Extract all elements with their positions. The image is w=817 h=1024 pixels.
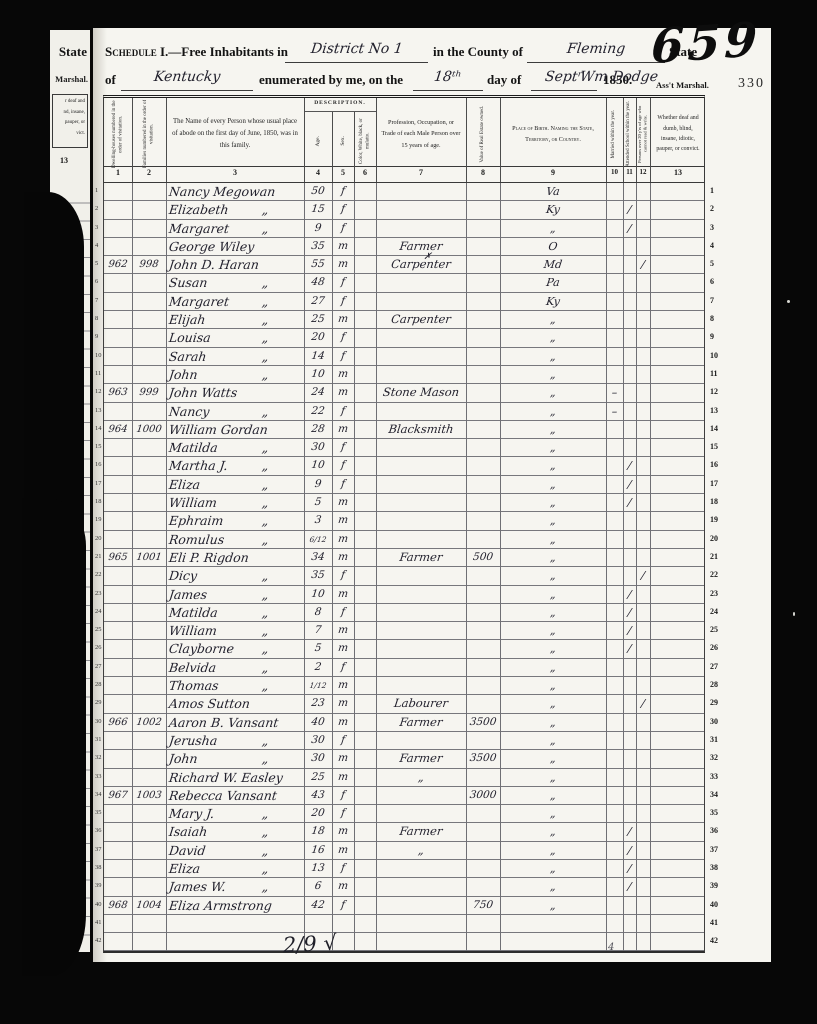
- age: 43: [303, 787, 333, 804]
- ditto-mark: „: [261, 878, 270, 895]
- row-number-left: 24: [95, 608, 102, 615]
- ditto-mark: „: [261, 366, 270, 383]
- column-divider: [623, 98, 624, 182]
- col-header-married: Married within the year.: [606, 98, 623, 170]
- table-row: Louisa„20f„99: [104, 329, 704, 347]
- district-blank: District No 1: [285, 36, 428, 63]
- col-header-text: Persons over 20 y'rs of age who cannot r…: [637, 99, 648, 169]
- age: 35: [303, 567, 333, 584]
- birthplace: „: [499, 329, 607, 346]
- sex: m: [331, 842, 355, 859]
- sex: f: [331, 732, 355, 749]
- person-name: Eli P. Rigdon: [165, 549, 305, 566]
- row-number-right: 39: [710, 881, 732, 890]
- day-entry: 18ᵗʰ: [433, 64, 464, 90]
- day-of-label: day of: [487, 72, 521, 88]
- column-divider: [466, 98, 467, 182]
- person-name: Nancy„: [165, 403, 305, 420]
- column-number: 4: [304, 168, 332, 177]
- birthplace: „: [499, 476, 607, 493]
- row-number-right: 6: [710, 277, 732, 286]
- birthplace: „: [499, 860, 607, 877]
- birthplace: „: [499, 439, 607, 456]
- family-number: 999: [131, 384, 167, 401]
- prev-page-column13-header-fragment: r deaf and nd, insane, pauper, or vict.: [52, 94, 88, 148]
- sex: m: [331, 640, 355, 657]
- occupation: Labourer: [375, 695, 467, 712]
- age: 5: [303, 640, 333, 657]
- dwelling-number: 964: [103, 421, 133, 438]
- age: 10: [303, 457, 333, 474]
- birthplace: „: [499, 403, 607, 420]
- row-number-left: 21: [95, 553, 102, 560]
- birthplace: „: [499, 311, 607, 328]
- table-row: Nancy Megowan50fVa11: [104, 183, 704, 201]
- column-number: 5: [332, 168, 354, 177]
- age: 20: [303, 329, 333, 346]
- row-number-left: 17: [95, 480, 102, 487]
- col-header-text: Married within the year.: [611, 110, 617, 158]
- col-header-text: Color, White, black, or mulatto.: [359, 112, 372, 170]
- fragment-line: pauper, or: [55, 118, 85, 129]
- row-number-left: 30: [95, 718, 102, 725]
- sex: f: [331, 348, 355, 365]
- row-number-left: 12: [95, 388, 102, 395]
- age: 30: [303, 439, 333, 456]
- printed-page-number: 330: [738, 76, 765, 92]
- ditto-mark: „: [261, 476, 270, 493]
- age: 40: [303, 714, 333, 731]
- row-number-right: 14: [710, 424, 732, 433]
- row-number-right: 36: [710, 826, 732, 835]
- sex: f: [331, 604, 355, 621]
- table-row: Eliza„13f„/3838: [104, 860, 704, 878]
- row-number-left: 2: [95, 205, 102, 212]
- row-number-left: 40: [95, 901, 102, 908]
- person-name: Belvida„: [165, 659, 305, 676]
- married-mark: –: [605, 403, 624, 420]
- table-row: Margaret„9f„/33: [104, 220, 704, 238]
- sex: f: [331, 457, 355, 474]
- row-number-left: 38: [95, 864, 102, 871]
- sex: m: [331, 769, 355, 786]
- sex: f: [331, 860, 355, 877]
- table-row: George Wiley35mFarmerO44: [104, 238, 704, 256]
- sex: f: [331, 201, 355, 218]
- sex: m: [331, 549, 355, 566]
- ditto-mark: „: [261, 439, 270, 456]
- ditto-mark: „: [261, 567, 270, 584]
- row-number-left: 7: [95, 297, 102, 304]
- column-number: 11: [623, 168, 636, 176]
- column-number: 9: [500, 168, 606, 177]
- table-row: James W.„6m„/3939: [104, 878, 704, 896]
- row-number-right: 4: [710, 241, 732, 250]
- col-header-text: Dwelling-houses numbered in the order of…: [112, 99, 125, 169]
- row-number-right: 28: [710, 680, 732, 689]
- row-number-left: 8: [95, 315, 102, 322]
- person-name: Ephraim„: [165, 512, 305, 529]
- ditto-mark: „: [261, 348, 270, 365]
- ditto-mark: „: [261, 311, 270, 328]
- col-header-deaf-dumb: Whether deaf and dumb, blind, insane, id…: [650, 98, 706, 170]
- row-number-right: 31: [710, 735, 732, 744]
- table-row: 9661002Aaron B. Vansant40mFarmer3500„303…: [104, 714, 704, 732]
- occupation: Stone Mason: [375, 384, 467, 401]
- table-row: William„7m„/2525: [104, 622, 704, 640]
- row-number-left: 16: [95, 461, 102, 468]
- col-header-occupation: Profession, Occupation, or Trade of each…: [376, 98, 466, 170]
- county-entry: Fleming: [565, 36, 626, 62]
- marshal-signature: Wm Dodge: [580, 68, 658, 86]
- table-row: 9651001Eli P. Rigdon34mFarmer500„2121: [104, 549, 704, 567]
- sex: f: [331, 329, 355, 346]
- row-number-right: 23: [710, 589, 732, 598]
- column-divider: [636, 98, 637, 182]
- birthplace: „: [499, 512, 607, 529]
- row-number-left: 14: [95, 425, 102, 432]
- row-number-left: 26: [95, 644, 102, 651]
- table-row: Elizabeth„15fKy/22: [104, 201, 704, 219]
- col-header-text: Sex.: [340, 136, 347, 146]
- person-name: Elizabeth„: [165, 201, 305, 218]
- age: 9: [303, 220, 333, 237]
- person-name: William„: [165, 494, 305, 511]
- person-name: John D. Haran: [165, 256, 305, 273]
- birthplace: „: [499, 732, 607, 749]
- real-estate-value: 3000: [465, 787, 501, 804]
- col-header-value: Value of Real Estate owned.: [466, 98, 500, 170]
- sex: m: [331, 750, 355, 767]
- family-number: 1000: [131, 421, 167, 438]
- sex: f: [331, 787, 355, 804]
- sex: f: [331, 805, 355, 822]
- table-row: Matilda„30f„1515: [104, 439, 704, 457]
- sex: m: [331, 512, 355, 529]
- sex: f: [331, 439, 355, 456]
- person-name: Matilda„: [165, 604, 305, 621]
- birthplace: „: [499, 531, 607, 548]
- column-divider: [332, 112, 333, 182]
- scanned-census-page: { "prev_page": { "state_fragment": "Stat…: [0, 0, 817, 1024]
- table-body: Nancy Megowan50fVa11Elizabeth„15fKy/22Ma…: [103, 183, 705, 953]
- row-number-left: 3: [95, 224, 102, 231]
- sex: f: [331, 476, 355, 493]
- birthplace: „: [499, 659, 607, 676]
- row-number-left: 35: [95, 809, 102, 816]
- person-name: George Wiley: [165, 238, 305, 255]
- ditto-mark: „: [261, 494, 270, 511]
- column-number: 10: [606, 168, 623, 176]
- schedule-title: Schedule I.—Free Inhabitants in: [105, 44, 288, 60]
- age: 6/12: [303, 531, 333, 548]
- district-entry: District No 1: [309, 36, 404, 62]
- age: 24: [303, 384, 333, 401]
- row-number-right: 2: [710, 204, 732, 213]
- row-number-right: 5: [710, 259, 732, 268]
- column-number: 3: [166, 168, 304, 177]
- table-row: Dicy„35f„/2222: [104, 567, 704, 585]
- age: 2: [303, 659, 333, 676]
- row-number-left: 41: [95, 919, 102, 926]
- birthplace: „: [499, 494, 607, 511]
- table-row: 4141: [104, 915, 704, 933]
- ink-blot: [22, 498, 86, 976]
- table-row: 962998John D. Haran55mCarpenter✗Md/55: [104, 256, 704, 274]
- table-row: Romulus„6/12m„2020: [104, 531, 704, 549]
- real-estate-value: 750: [465, 897, 501, 914]
- row-number-left: 20: [95, 535, 102, 542]
- age: 42: [303, 897, 333, 914]
- dwelling-number: 968: [103, 897, 133, 914]
- person-name: James W.„: [165, 878, 305, 895]
- column-divider: [304, 98, 305, 182]
- dwelling-number: 963: [103, 384, 133, 401]
- person-name: Nancy Megowan: [165, 183, 305, 200]
- school-mark: /: [622, 220, 637, 237]
- school-mark: /: [622, 457, 637, 474]
- column-divider: [166, 98, 167, 182]
- row-number-right: 40: [710, 900, 732, 909]
- ditto-mark: „: [261, 586, 270, 603]
- school-mark: /: [622, 476, 637, 493]
- birthplace: Pa: [499, 274, 607, 291]
- person-name: Eliza„: [165, 860, 305, 877]
- fraction-age: 1/12: [309, 681, 327, 690]
- school-mark: /: [622, 823, 637, 840]
- age: 20: [303, 805, 333, 822]
- of-label: of: [105, 72, 116, 88]
- person-name: Sarah„: [165, 348, 305, 365]
- scan-speck: [787, 300, 790, 303]
- birthplace: „: [499, 787, 607, 804]
- sex: f: [331, 403, 355, 420]
- column-divider: [132, 183, 133, 951]
- fragment-line: r deaf and: [55, 97, 85, 108]
- prev-page-column-number: 13: [60, 156, 68, 165]
- sex: m: [331, 384, 355, 401]
- row-number-right: 20: [710, 534, 732, 543]
- occupation: Carpenter✗: [375, 256, 467, 273]
- ditto-mark: „: [261, 457, 270, 474]
- sex: f: [331, 567, 355, 584]
- occupation: Farmer: [375, 823, 467, 840]
- table-row: Susan„48fPa66: [104, 274, 704, 292]
- ditto-mark: „: [261, 201, 270, 218]
- age: 30: [303, 750, 333, 767]
- column-number: 8: [466, 168, 500, 177]
- birthplace: „: [499, 604, 607, 621]
- correction-mark: ✗: [423, 249, 433, 266]
- age: 22: [303, 403, 333, 420]
- sex: f: [331, 183, 355, 200]
- prev-page-marshal-fragment: Marshal.: [55, 74, 88, 84]
- ditto-mark: „: [261, 403, 270, 420]
- ditto-mark: „: [261, 531, 270, 548]
- row-number-right: 42: [710, 936, 732, 945]
- column-divider: [376, 98, 377, 182]
- row-number-right: 13: [710, 406, 732, 415]
- row-number-left: 34: [95, 791, 102, 798]
- ditto-mark: „: [261, 677, 270, 694]
- row-number-right: 3: [710, 223, 732, 232]
- column-number: 13: [650, 168, 706, 177]
- family-number: 1004: [131, 897, 167, 914]
- person-name: David„: [165, 842, 305, 859]
- age: 3: [303, 512, 333, 529]
- table-header: DESCRIPTION. Dwelling-houses numbered in…: [103, 95, 705, 183]
- month-entry: Septʳ: [544, 64, 585, 90]
- birthplace: „: [499, 842, 607, 859]
- column-divider: [354, 112, 355, 182]
- schedule-label-rest: —Free Inhabitants in: [168, 44, 288, 59]
- col-header-color: Color, White, black, or mulatto.: [354, 112, 376, 170]
- ditto-mark: „: [261, 805, 270, 822]
- column-number: 1: [104, 168, 132, 177]
- state-entry: Kentucky: [152, 64, 221, 90]
- county-label: in the County of: [433, 44, 523, 60]
- row-number-left: 28: [95, 681, 102, 688]
- ditto-mark: „: [261, 274, 270, 291]
- row-number-left: 25: [95, 626, 102, 633]
- married-mark: –: [605, 384, 624, 401]
- occupation: Farmer: [375, 238, 467, 255]
- school-mark: /: [622, 842, 637, 859]
- school-mark: /: [622, 494, 637, 511]
- birthplace: O: [499, 238, 607, 255]
- row-number-left: 27: [95, 663, 102, 670]
- row-number-left: 29: [95, 699, 102, 706]
- table-row: Martha J.„10f„/1616: [104, 457, 704, 475]
- table-row: Jerusha„30f„3131: [104, 732, 704, 750]
- row-number-left: 31: [95, 736, 102, 743]
- age: 48: [303, 274, 333, 291]
- dwelling-number: 962: [103, 256, 133, 273]
- col-header-text: Attended School within the year.: [626, 101, 632, 167]
- row-number-left: 36: [95, 827, 102, 834]
- row-number-right: 15: [710, 442, 732, 451]
- column-divider: [466, 183, 467, 951]
- sex: f: [331, 659, 355, 676]
- person-name: John„: [165, 366, 305, 383]
- dwelling-number: 966: [103, 714, 133, 731]
- birthplace: „: [499, 695, 607, 712]
- birthplace: „: [499, 750, 607, 767]
- birthplace: „: [499, 640, 607, 657]
- real-estate-value: 500: [465, 549, 501, 566]
- col-header-sex: Sex.: [332, 112, 354, 170]
- sex: m: [331, 823, 355, 840]
- row-number-left: 9: [95, 333, 102, 340]
- family-number: 998: [131, 256, 167, 273]
- row-number-left: 42: [95, 937, 102, 944]
- column-divider: [650, 98, 651, 182]
- age: 25: [303, 311, 333, 328]
- birthplace: „: [499, 549, 607, 566]
- table-row: Richard W. Easley25m„„3333: [104, 769, 704, 787]
- age: 9: [303, 476, 333, 493]
- age: 55: [303, 256, 333, 273]
- person-name: James„: [165, 586, 305, 603]
- table-row: Thomas„1/12m„2828: [104, 677, 704, 695]
- birthplace: „: [499, 421, 607, 438]
- column-number-row: 12345678910111213: [104, 166, 704, 182]
- row-number-left: 18: [95, 498, 102, 505]
- person-name: Amos Sutton: [165, 695, 305, 712]
- table-row: David„16m„„/3737: [104, 842, 704, 860]
- school-mark: /: [622, 860, 637, 877]
- row-number-left: 13: [95, 407, 102, 414]
- age: 13: [303, 860, 333, 877]
- person-name: Louisa„: [165, 329, 305, 346]
- age: 8: [303, 604, 333, 621]
- person-name: Mary J.„: [165, 805, 305, 822]
- person-name: Romulus„: [165, 531, 305, 548]
- family-number: 1001: [131, 549, 167, 566]
- table-row: Matilda„8f„/2424: [104, 604, 704, 622]
- age: 25: [303, 769, 333, 786]
- birthplace: „: [499, 677, 607, 694]
- row-number-right: 34: [710, 790, 732, 799]
- row-number-left: 23: [95, 590, 102, 597]
- row-number-left: 4: [95, 242, 102, 249]
- row-number-right: 21: [710, 552, 732, 561]
- table-row: John„10m„1111: [104, 366, 704, 384]
- state-blank: Kentucky: [121, 64, 253, 91]
- school-mark: /: [622, 622, 637, 639]
- birthplace: „: [499, 220, 607, 237]
- ditto-mark: „: [261, 220, 270, 237]
- table-row: Clayborne„5m„/2626: [104, 640, 704, 658]
- row-number-right: 7: [710, 296, 732, 305]
- table-row: James„10m„/2323: [104, 586, 704, 604]
- row-number-right: 26: [710, 643, 732, 652]
- school-mark: /: [622, 201, 637, 218]
- sex: m: [331, 531, 355, 548]
- occupation: Carpenter: [375, 311, 467, 328]
- row-number-left: 6: [95, 278, 102, 285]
- real-estate-value: 3500: [465, 750, 501, 767]
- age: 15: [303, 201, 333, 218]
- row-number-right: 30: [710, 717, 732, 726]
- person-name: Susan„: [165, 274, 305, 291]
- row-number-left: 39: [95, 882, 102, 889]
- birthplace: „: [499, 878, 607, 895]
- ditto-mark: „: [261, 860, 270, 877]
- person-name: Isaiah„: [165, 823, 305, 840]
- age: 50: [303, 183, 333, 200]
- sex: m: [331, 586, 355, 603]
- birthplace: „: [499, 769, 607, 786]
- person-name: Margaret„: [165, 220, 305, 237]
- row-number-right: 24: [710, 607, 732, 616]
- county-blank: Fleming: [527, 36, 665, 63]
- real-estate-value: 3500: [465, 714, 501, 731]
- birthplace: „: [499, 567, 607, 584]
- scan-speck: [793, 612, 795, 616]
- sex: f: [331, 274, 355, 291]
- person-name: Rebecca Vansant: [165, 787, 305, 804]
- prev-page-state-fragment: State: [59, 44, 87, 60]
- day-blank: 18ᵗʰ: [413, 64, 483, 91]
- table-row: Isaiah„18mFarmer„/3636: [104, 823, 704, 841]
- table-row: 9671003Rebecca Vansant43f3000„3434: [104, 787, 704, 805]
- birthplace: „: [499, 384, 607, 401]
- person-name: Martha J.„: [165, 457, 305, 474]
- sex: m: [331, 622, 355, 639]
- description-group-label: DESCRIPTION.: [304, 100, 376, 106]
- column-number: 12: [636, 168, 650, 176]
